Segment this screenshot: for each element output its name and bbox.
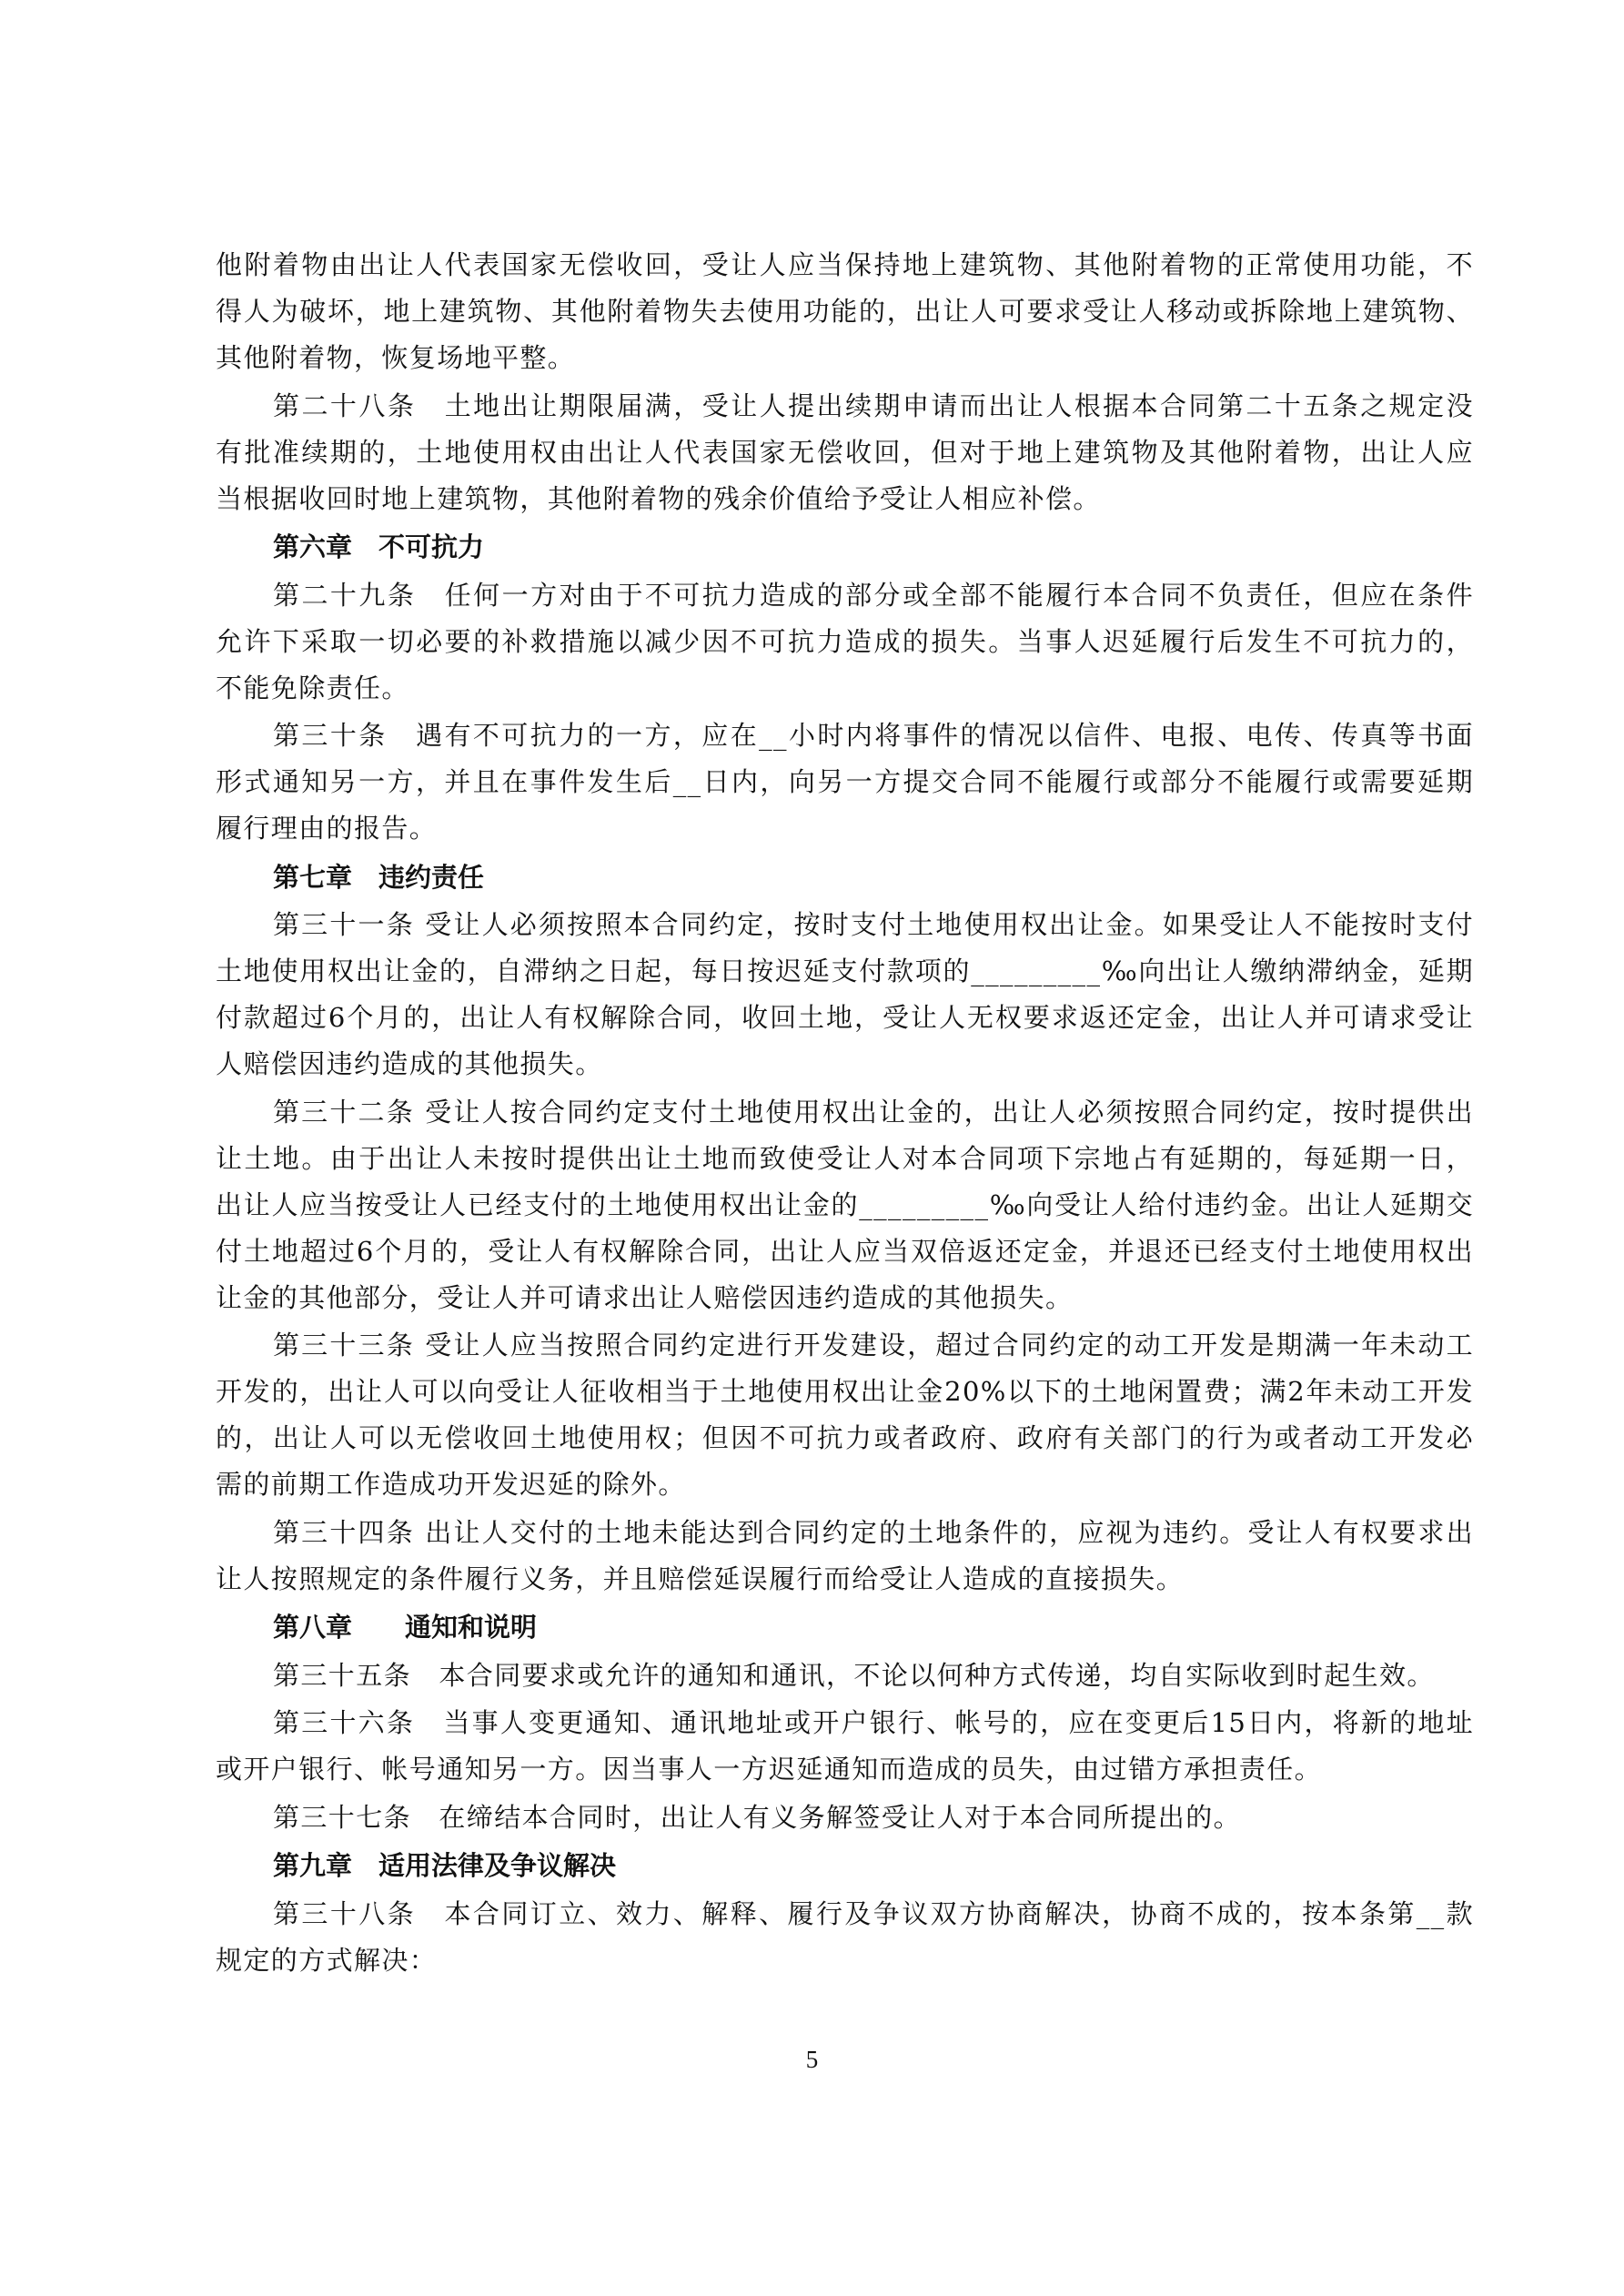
clause-paragraph: 第三十七条 在缔结本合同时，出让人有义务解签受让人对于本合同所提出的。 <box>216 1795 1474 1841</box>
clause-paragraph: 第三十二条 受让人按合同约定支付土地使用权出让金的，出让人必须按照合同约定，按时… <box>216 1089 1474 1321</box>
text-line: 第三十六条 当事人变更通知、通讯地址或开户银行、帐号的，应在变更后15日内，将新… <box>216 1700 1474 1746</box>
text-line: 付款超过6个月的，出让人有权解除合同，收回土地，受让人无权要求返还定金，出让人并… <box>216 995 1474 1041</box>
text-line: 第三十八条 本合同订立、效力、解释、履行及争议双方协商解决，协商不成的，按本条第… <box>216 1891 1474 1937</box>
text-line: 当根据收回时地上建筑物，其他附着物的残余价值给予受让人相应补偿。 <box>216 476 1474 522</box>
text-line: 让土地。由于出让人未按时提供出让土地而致使受让人对本合同项下宗地占有延期的，每延… <box>216 1136 1474 1182</box>
text-line: 需的前期工作造成功开发迟延的除外。 <box>216 1462 1474 1508</box>
text-line: 第三十五条 本合同要求或允许的通知和通讯，不论以何种方式传递，均自实际收到时起生… <box>216 1653 1474 1699</box>
clause-paragraph: 第三十五条 本合同要求或允许的通知和通讯，不论以何种方式传递，均自实际收到时起生… <box>216 1653 1474 1699</box>
text-line: 其他附着物，恢复场地平整。 <box>216 335 1474 381</box>
page-number: 5 <box>0 2046 1624 2074</box>
text-line: 付土地超过6个月的，受让人有权解除合同，出让人应当双倍返还定金，并退还已经支付土… <box>216 1229 1474 1275</box>
chapter-heading: 第八章 通知和说明 <box>216 1603 1474 1651</box>
text-line: 有批准续期的，土地使用权由出让人代表国家无偿收回，但对于地上建筑物及其他附着物，… <box>216 430 1474 476</box>
document-page: 他附着物由出让人代表国家无偿收回，受让人应当保持地上建筑物、其他附着物的正常使用… <box>0 0 1624 2296</box>
text-line: 出让人应当按受让人已经支付的土地使用权出让金的_________‰向受让人给付违… <box>216 1182 1474 1229</box>
clause-paragraph: 第三十一条 受让人必须按照本合同约定，按时支付土地使用权出让金。如果受让人不能按… <box>216 902 1474 1087</box>
text-line: 第三十四条 出让人交付的土地未能达到合同约定的土地条件的，应视为违约。受让人有权… <box>216 1510 1474 1556</box>
clause-paragraph: 第三十条 遇有不可抗力的一方，应在__小时内将事件的情况以信件、电报、电传、传真… <box>216 713 1474 852</box>
clause-paragraph: 第二十九条 任何一方对由于不可抗力造成的部分或全部不能履行本合同不负责任，但应在… <box>216 572 1474 712</box>
text-line: 第二十九条 任何一方对由于不可抗力造成的部分或全部不能履行本合同不负责任，但应在… <box>216 572 1474 619</box>
chapter-heading: 第六章 不可抗力 <box>216 523 1474 571</box>
text-line: 他附着物由出让人代表国家无偿收回，受让人应当保持地上建筑物、其他附着物的正常使用… <box>216 242 1474 288</box>
text-line: 形式通知另一方，并且在事件发生后__日内，向另一方提交合同不能履行或部分不能履行… <box>216 759 1474 805</box>
text-line: 的，出让人可以无偿收回土地使用权；但因不可抗力或者政府、政府有关部门的行为或者动… <box>216 1415 1474 1462</box>
text-line: 第三十三条 受让人应当按照合同约定进行开发建设，超过合同约定的动工开发是期满一年… <box>216 1322 1474 1369</box>
text-line: 第三十一条 受让人必须按照本合同约定，按时支付土地使用权出让金。如果受让人不能按… <box>216 902 1474 948</box>
text-line: 第三十七条 在缔结本合同时，出让人有义务解签受让人对于本合同所提出的。 <box>216 1795 1474 1841</box>
clause-paragraph: 第三十三条 受让人应当按照合同约定进行开发建设，超过合同约定的动工开发是期满一年… <box>216 1322 1474 1508</box>
clause-paragraph: 第二十八条 土地出让期限届满，受让人提出续期申请而出让人根据本合同第二十五条之规… <box>216 383 1474 522</box>
text-line: 规定的方式解决： <box>216 1937 1474 1984</box>
clause-paragraph: 第三十八条 本合同订立、效力、解释、履行及争议双方协商解决，协商不成的，按本条第… <box>216 1891 1474 1984</box>
text-line: 履行理由的报告。 <box>216 805 1474 852</box>
text-line: 第二十八条 土地出让期限届满，受让人提出续期申请而出让人根据本合同第二十五条之规… <box>216 383 1474 430</box>
chapter-heading: 第九章 适用法律及争议解决 <box>216 1842 1474 1889</box>
text-line: 开发的，出让人可以向受让人征收相当于土地使用权出让金20%以下的土地闲置费；满2… <box>216 1369 1474 1415</box>
text-line: 得人为破坏，地上建筑物、其他附着物失去使用功能的，出让人可要求受让人移动或拆除地… <box>216 288 1474 335</box>
text-line: 让人按照规定的条件履行义务，并且赔偿延误履行而给受让人造成的直接损失。 <box>216 1556 1474 1603</box>
clause-paragraph: 第三十六条 当事人变更通知、通讯地址或开户银行、帐号的，应在变更后15日内，将新… <box>216 1700 1474 1793</box>
clause-paragraph: 他附着物由出让人代表国家无偿收回，受让人应当保持地上建筑物、其他附着物的正常使用… <box>216 242 1474 381</box>
text-line: 第三十二条 受让人按合同约定支付土地使用权出让金的，出让人必须按照合同约定，按时… <box>216 1089 1474 1136</box>
document-body: 他附着物由出让人代表国家无偿收回，受让人应当保持地上建筑物、其他附着物的正常使用… <box>216 242 1474 1985</box>
text-line: 允许下采取一切必要的补救措施以减少因不可抗力造成的损失。当事人迟延履行后发生不可… <box>216 619 1474 665</box>
text-line: 让金的其他部分，受让人并可请求出让人赔偿因违约造成的其他损失。 <box>216 1275 1474 1321</box>
text-line: 土地使用权出让金的，自滞纳之日起，每日按迟延支付款项的_________‰向出让… <box>216 948 1474 995</box>
text-line: 或开户银行、帐号通知另一方。因当事人一方迟延通知而造成的员失，由过错方承担责任。 <box>216 1746 1474 1793</box>
text-line: 不能免除责任。 <box>216 665 1474 712</box>
chapter-heading: 第七章 违约责任 <box>216 854 1474 901</box>
clause-paragraph: 第三十四条 出让人交付的土地未能达到合同约定的土地条件的，应视为违约。受让人有权… <box>216 1510 1474 1603</box>
text-line: 第三十条 遇有不可抗力的一方，应在__小时内将事件的情况以信件、电报、电传、传真… <box>216 713 1474 759</box>
text-line: 人赔偿因违约造成的其他损失。 <box>216 1041 1474 1087</box>
